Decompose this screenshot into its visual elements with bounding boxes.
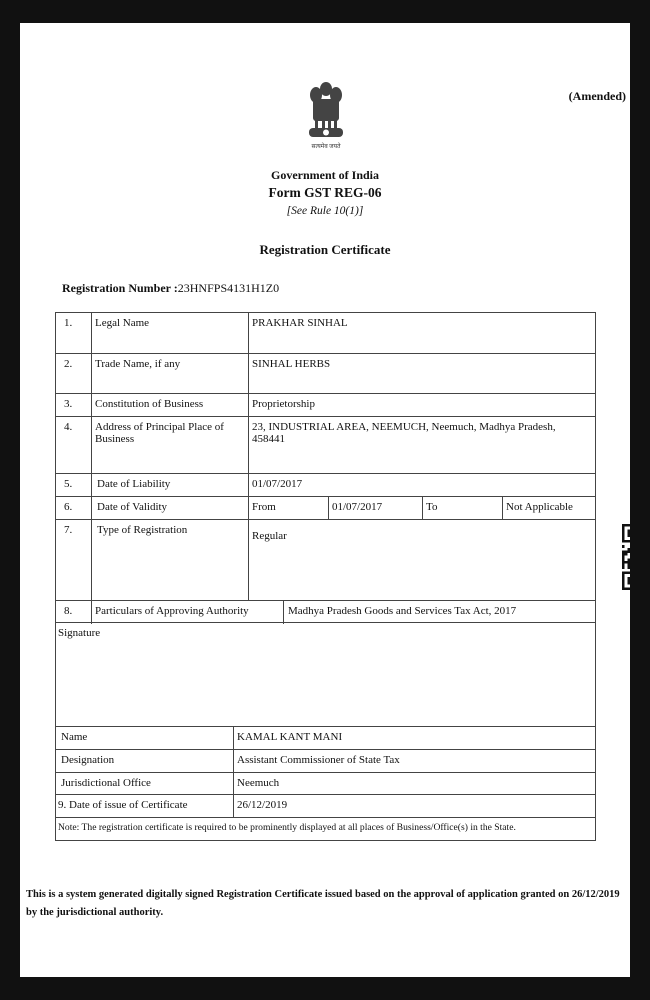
validity-to-date: Not Applicable	[502, 497, 595, 519]
table-row-approving-authority: 8. Particulars of Approving Authority Ma…	[56, 600, 595, 624]
row-value: PRAKHAR SINHAL	[248, 313, 595, 353]
row-value: 26/12/2019	[233, 795, 595, 817]
table-row-legal-name: 1. Legal Name PRAKHAR SINHAL	[56, 313, 595, 353]
row-label: Name	[56, 727, 233, 749]
signature-box: Signature	[56, 623, 595, 726]
table-row-date-of-validity: 6. Date of Validity From 01/07/2017 To N…	[56, 496, 595, 519]
government-heading: Government of India	[20, 168, 630, 183]
registration-number-label: Registration Number :	[62, 281, 178, 295]
details-table: 1. Legal Name PRAKHAR SINHAL 2. Trade Na…	[55, 312, 596, 623]
row-number: 3.	[56, 394, 91, 416]
table-row-trade-name: 2. Trade Name, if any SINHAL HERBS	[56, 353, 595, 393]
table-row-address: 4. Address of Principal Place of Busines…	[56, 416, 595, 473]
row-number: 2.	[56, 354, 91, 393]
signature-table: Signature Name KAMAL KANT MANI Designati…	[55, 622, 596, 841]
row-label: Date of Validity	[91, 497, 248, 519]
signature-label: Signature	[56, 623, 595, 726]
row-number: 4.	[56, 417, 91, 473]
signature-row-designation: Designation Assistant Commissioner of St…	[56, 749, 595, 772]
row-label: Trade Name, if any	[91, 354, 248, 393]
row-number: 5.	[56, 474, 91, 496]
row-value: 01/07/2017	[248, 474, 595, 496]
form-title: Form GST REG-06	[20, 185, 630, 201]
table-row-type-of-registration: 7. Type of Registration Regular	[56, 519, 595, 600]
row-number: 7.	[56, 520, 91, 600]
row-value: 23, INDUSTRIAL AREA, NEEMUCH, Neemuch, M…	[248, 417, 595, 473]
row-label: Particulars of Approving Authority	[91, 601, 283, 624]
registration-type: Regular	[252, 530, 287, 542]
row-value: Madhya Pradesh Goods and Services Tax Ac…	[283, 601, 595, 624]
rule-reference: [See Rule 10(1)]	[20, 205, 630, 217]
footer-statement: This is a system generated digitally sig…	[26, 886, 626, 922]
table-row-date-of-liability: 5. Date of Liability 01/07/2017	[56, 473, 595, 496]
certificate-title: Registration Certificate	[20, 242, 630, 258]
signature-row-issue-date: 9. Date of issue of Certificate 26/12/20…	[56, 794, 595, 817]
row-number: 6.	[56, 497, 91, 519]
row-value: Regular	[248, 520, 595, 600]
signature-row-name: Name KAMAL KANT MANI	[56, 726, 595, 749]
signature-row-jurisdiction: Jurisdictional Office Neemuch	[56, 772, 595, 794]
row-label: Constitution of Business	[91, 394, 248, 416]
row-value: Assistant Commissioner of State Tax	[233, 750, 595, 772]
row-label: Designation	[56, 750, 233, 772]
note-row: Note: The registration certificate is re…	[56, 817, 595, 842]
row-label: Jurisdictional Office	[56, 773, 233, 794]
registration-number-value: 23HNFPS4131H1Z0	[178, 281, 279, 295]
row-number: 1.	[56, 313, 91, 353]
table-row-constitution: 3. Constitution of Business Proprietorsh…	[56, 393, 595, 416]
note-text: Note: The registration certificate is re…	[56, 818, 595, 842]
row-label: Date of Liability	[91, 474, 248, 496]
validity-from-date: 01/07/2017	[328, 497, 422, 519]
row-value: Neemuch	[233, 773, 595, 794]
row-number: 8.	[56, 601, 91, 624]
amended-label: (Amended)	[569, 89, 626, 104]
certificate-page: सत्यमेव जयते (Amended) Government of Ind…	[20, 23, 630, 977]
validity-to-label: To	[422, 497, 502, 519]
registration-number: Registration Number :23HNFPS4131H1Z0	[62, 281, 279, 296]
qr-code-icon	[622, 524, 650, 590]
row-value: Proprietorship	[248, 394, 595, 416]
row-label: Legal Name	[91, 313, 248, 353]
national-emblem-icon: सत्यमेव जयते	[303, 79, 349, 151]
row-value: SINHAL HERBS	[248, 354, 595, 393]
row-label: Address of Principal Place of Business	[91, 417, 248, 473]
row-value: KAMAL KANT MANI	[233, 727, 595, 749]
row-label: 9. Date of issue of Certificate	[56, 795, 233, 817]
svg-text:सत्यमेव जयते: सत्यमेव जयते	[311, 142, 341, 150]
row-label: Type of Registration	[91, 520, 248, 600]
validity-from-label: From	[248, 497, 328, 519]
